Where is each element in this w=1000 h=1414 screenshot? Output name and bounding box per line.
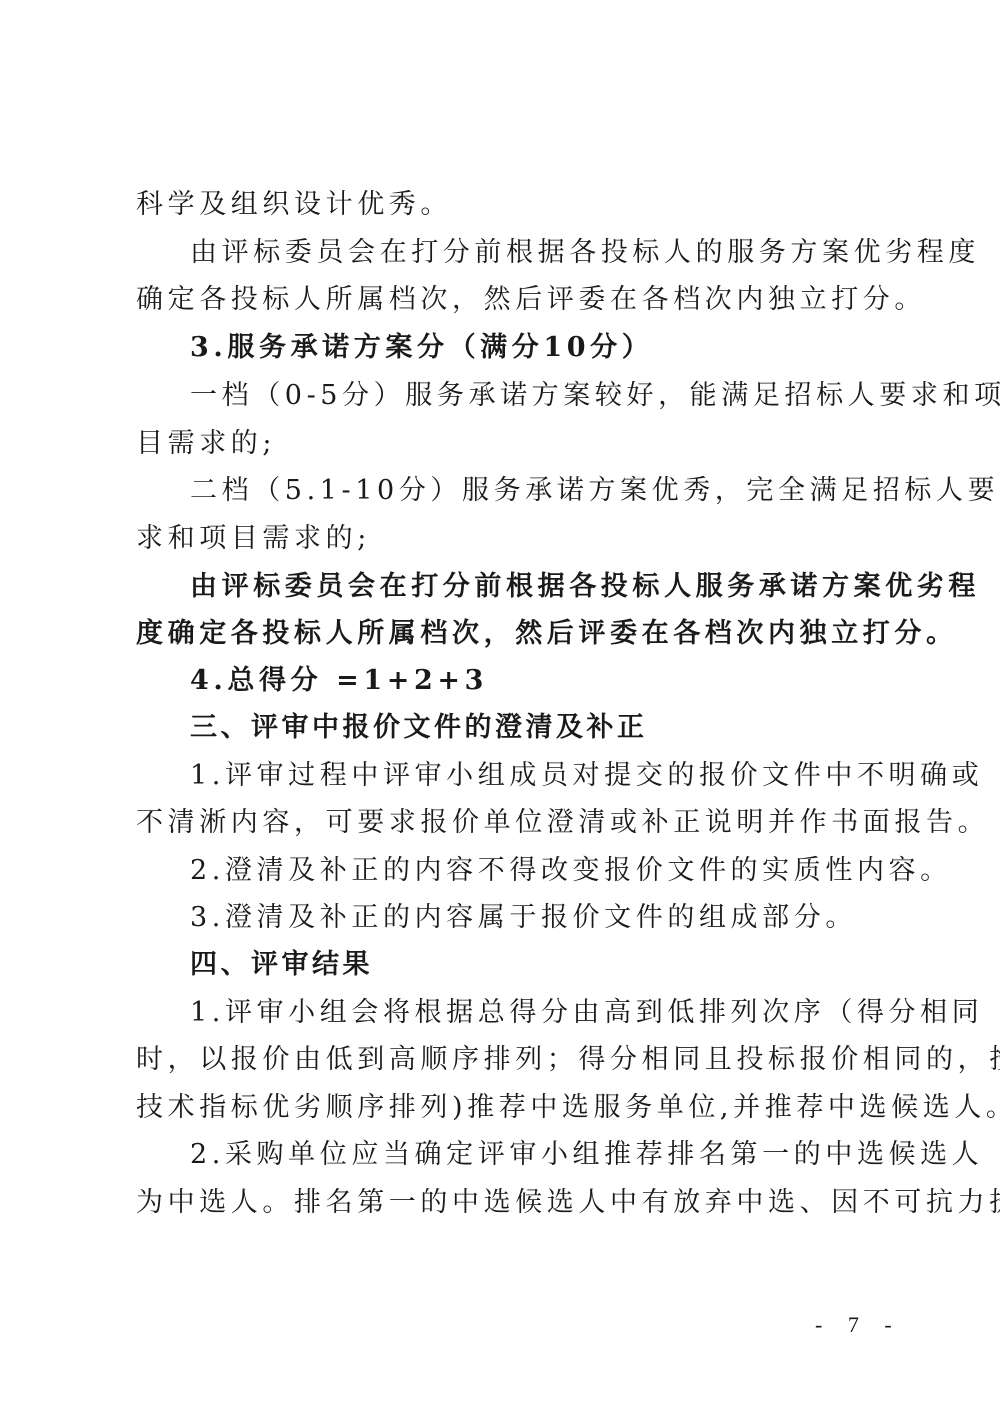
- text-line-paragraph: 1.评审小组会将根据总得分由高到低排列次序（得分相同: [190, 996, 880, 1030]
- text-line-paragraph: 二档（5.1-10分）服务承诺方案优秀，完全满足招标人要: [190, 474, 880, 508]
- text-line-paragraph: 3.澄清及补正的内容属于报价文件的组成部分。: [190, 901, 880, 935]
- text-line-continuation: 不清淅内容，可要求报价单位澄清或补正说明并作书面报告。: [136, 806, 876, 840]
- section-heading-clarification: 三、评审中报价文件的澄清及补正: [190, 711, 880, 745]
- text-line-paragraph: 一档（0-5分）服务承诺方案较好，能满足招标人要求和项: [190, 379, 880, 413]
- subheading-service-commitment: 3.服务承诺方案分（满分10分）: [190, 331, 880, 365]
- text-line-paragraph: 2.澄清及补正的内容不得改变报价文件的实质性内容。: [190, 854, 880, 888]
- text-line-paragraph: 由评标委员会在打分前根据各投标人服务承诺方案优劣程: [190, 570, 880, 604]
- page-number: - 7 -: [815, 1312, 902, 1338]
- text-line-continuation: 确定各投标人所属档次，然后评委在各档次内独立打分。: [136, 283, 876, 317]
- text-line-paragraph: 1.评审过程中评审小组成员对提交的报价文件中不明确或: [190, 759, 880, 793]
- text-line-paragraph: 2.采购单位应当确定评审小组推荐排名第一的中选候选人: [190, 1138, 880, 1172]
- text-line-continuation: 求和项目需求的;: [136, 522, 876, 556]
- section-heading-review-results: 四、评审结果: [190, 948, 880, 982]
- text-line-continuation: 度确定各投标人所属档次，然后评委在各档次内独立打分。: [136, 617, 876, 651]
- subheading-total-score: 4.总得分 =1+2+3: [190, 664, 880, 698]
- text-line-continuation: 技术指标优劣顺序排列)推荐中选服务单位,并推荐中选候选人。: [136, 1091, 876, 1125]
- text-line-continuation: 目需求的;: [136, 427, 876, 461]
- text-line-continuation: 科学及组织设计优秀。: [136, 188, 876, 222]
- text-line-continuation: 为中选人。排名第一的中选候选人中有放弃中选、因不可抗力提: [136, 1186, 876, 1220]
- text-line-continuation: 时，以报价由低到高顺序排列；得分相同且投标报价相同的，按: [136, 1043, 876, 1077]
- document-page: 科学及组织设计优秀。 由评标委员会在打分前根据各投标人的服务方案优劣程度 确定各…: [0, 0, 1000, 1414]
- text-line-paragraph: 由评标委员会在打分前根据各投标人的服务方案优劣程度: [190, 236, 880, 270]
